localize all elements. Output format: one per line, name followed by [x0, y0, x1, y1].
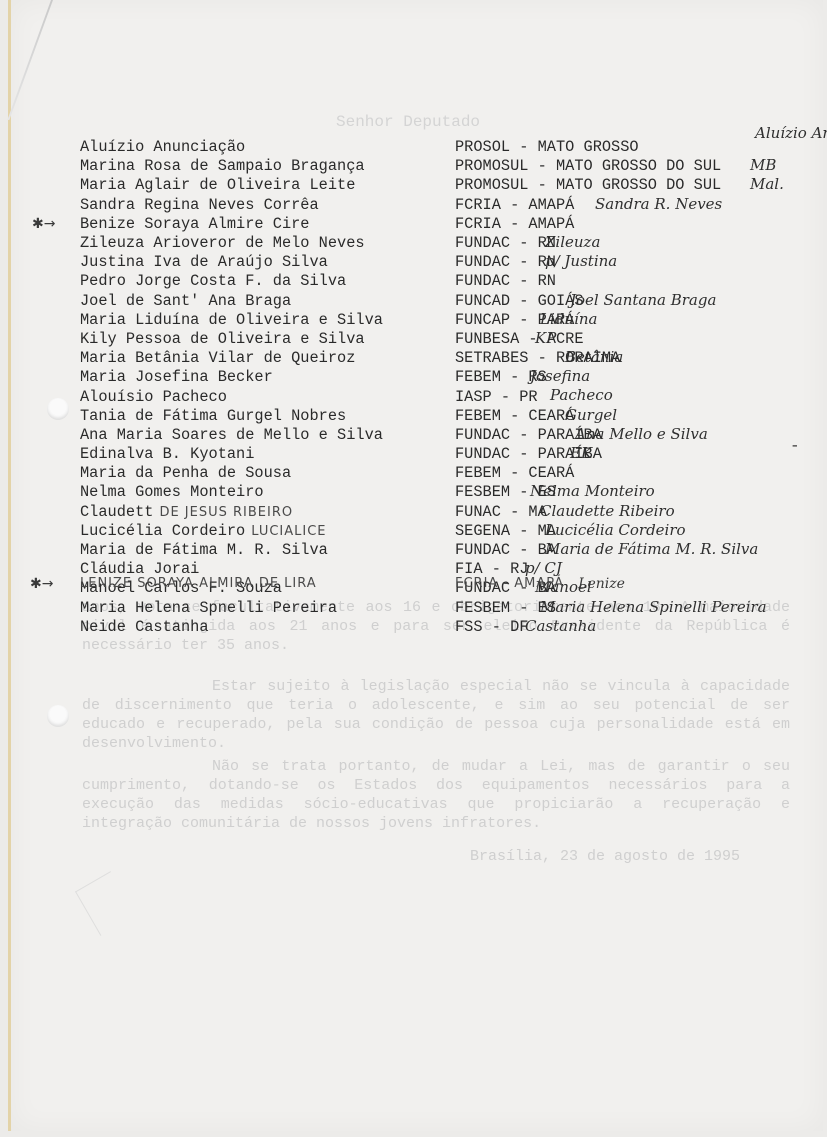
signatory-name-cell: Marina Rosa de Sampaio Bragança: [80, 157, 455, 176]
signatory-name: Alouísio Pacheco: [80, 388, 227, 406]
signatory-name-cell: Ana Maria Soares de Mello e Silva: [80, 426, 455, 445]
signatory-organization: FUNDAC - RN: [455, 272, 556, 291]
handwritten-name: LENIZE SORAYA ALMIRA DE LIRA: [80, 576, 455, 592]
signature: Castanha: [525, 617, 596, 636]
signatory-organization: FEBEM - CEARÁ: [455, 464, 574, 483]
signatory-row: Tania de Fátima Gurgel NobresFEBEM - CEA…: [80, 407, 800, 426]
signatory-name-cell: Benize Soraya Almire Cire: [80, 215, 455, 234]
signatory-name: Maria Josefina Becker: [80, 368, 273, 386]
signatory-name: Benize Soraya Almire Cire: [80, 215, 310, 233]
signatory-name: Edinalva B. Kyotani: [80, 445, 254, 463]
signature: Sandra R. Neves: [595, 195, 722, 214]
signatory-name: Kily Pessoa de Oliveira e Silva: [80, 330, 365, 348]
signatory-row: Ana Maria Soares de Mello e SilvaFUNDAC …: [80, 426, 800, 445]
signatory-row: Sandra Regina Neves CorrêaFCRIA - AMAPÁS…: [80, 196, 800, 215]
signatory-row: Maria Liduína de Oliveira e SilvaFUNCAP …: [80, 311, 800, 330]
signatory-list: Aluízio AnunciaçãoPROSOL - MATO GROSSOAl…: [80, 138, 800, 637]
signatory-name: Claudett: [80, 503, 153, 521]
signatory-row: Kily Pessoa de Oliveira e SilvaFUNBESA -…: [80, 330, 800, 349]
signature: Gurgel: [565, 406, 617, 425]
signatory-name-cell: Neide Castanha: [80, 618, 455, 637]
bleed-through-salutation: Senhor Deputado: [336, 113, 480, 132]
signatory-name-cell: Edinalva B. Kyotani: [80, 445, 455, 464]
signature: MB: [750, 156, 776, 175]
pen-mark: -: [790, 437, 800, 455]
signatory-row: Maria de Fátima M. R. SilvaFUNDAC - BAMa…: [80, 541, 800, 560]
signatory-name-cell: Lucicélia CordeiroLUCIALICE: [80, 522, 455, 541]
signature: Joel Santana Braga: [570, 291, 716, 310]
signatory-row: ClaudettDE JESUS RIBEIROFUNAC - MAClaude…: [80, 503, 800, 522]
signatory-organization: FUNAC - MA: [455, 503, 547, 522]
signatory-row: Joel de Sant' Ana BragaFUNCAD - GOIÁSJoe…: [80, 292, 800, 311]
signatory-name: Maria da Penha de Sousa: [80, 464, 291, 482]
signatory-name-cell: Kily Pessoa de Oliveira e Silva: [80, 330, 455, 349]
signature: Ana Mello e Silva: [575, 425, 708, 444]
handwritten-name-completion: DE JESUS RIBEIRO: [159, 505, 293, 520]
signatory-row: ✱→Benize Soraya Almire CireFCRIA - AMAPÁ: [80, 215, 800, 234]
signatory-name: Justina Iva de Araújo Silva: [80, 253, 328, 271]
punch-hole: [47, 398, 69, 420]
signatory-name: Aluízio Anunciação: [80, 138, 245, 156]
signature: Maria Helena Spinelli Pereira: [540, 598, 767, 617]
signatory-name-cell: Maria da Penha de Sousa: [80, 464, 455, 483]
signatory-name: Maria Helena Spnelli Pereira: [80, 599, 337, 617]
signatory-name-cell: Nelma Gomes Monteiro: [80, 483, 455, 502]
signature: EK: [570, 444, 592, 463]
signatory-organization: PROSOL - MATO GROSSO: [455, 138, 639, 157]
signatory-organization: IASP - PR: [455, 388, 538, 407]
signature: Nelma Monteiro: [530, 482, 655, 501]
signature: Josefina: [530, 367, 590, 386]
signatory-name-cell: ClaudettDE JESUS RIBEIRO: [80, 503, 455, 522]
signature: Mal.: [750, 175, 784, 194]
signature: KP: [535, 329, 556, 348]
handwritten-org: FCRIA - AMAPÁ: [455, 576, 564, 592]
signatory-name-cell: Joel de Sant' Ana Braga: [80, 292, 455, 311]
signatory-organization: FUNDAC - RN: [455, 234, 556, 253]
signatory-organization: PROMOSUL - MATO GROSSO DO SUL: [455, 157, 721, 176]
signatory-name-cell: Zileuza Arioveror de Melo Neves: [80, 234, 455, 253]
signatory-organization: FUNCAD - GOIÁS: [455, 292, 584, 311]
signatory-name-cell: Alouísio Pacheco: [80, 388, 455, 407]
signatory-name-cell: Maria Liduína de Oliveira e Silva: [80, 311, 455, 330]
signature: Zileuza: [545, 233, 600, 252]
signature: Betânia: [565, 348, 623, 367]
signatory-name: Ana Maria Soares de Mello e Silva: [80, 426, 383, 444]
signatory-name-cell: Maria de Fátima M. R. Silva: [80, 541, 455, 560]
signatory-organization: FUNBESA - ACRE: [455, 330, 584, 349]
signatory-organization: SEGENA - MA: [455, 522, 556, 541]
signatory-organization: FEBEM - CEARÁ: [455, 407, 574, 426]
handwritten-name-completion: LUCIALICE: [251, 524, 326, 539]
bleed-through-paragraph: Estar sujeito à legislação especial não …: [82, 677, 790, 753]
signature: Lucicélia Cordeiro: [545, 521, 686, 540]
handwritten-addition-row: ✱→ LENIZE SORAYA ALMIRA DE LIRA FCRIA - …: [80, 576, 800, 592]
signatory-row: Alouísio PachecoIASP - PRPacheco: [80, 387, 800, 406]
signatory-row: Maria Betânia Vilar de QueirozSETRABES -…: [80, 349, 800, 368]
page-fold: [7, 0, 53, 120]
signature: p/ Justina: [545, 252, 617, 271]
signatory-row: Aluízio AnunciaçãoPROSOL - MATO GROSSOAl…: [80, 138, 800, 157]
signatory-organization: FUNDAC - RN: [455, 253, 556, 272]
signature: Lenize: [578, 576, 625, 592]
signature: Maria de Fátima M. R. Silva: [545, 540, 758, 559]
signature: Aluízio Anunciação: [755, 124, 827, 143]
signatory-name-cell: Maria Helena Spnelli Pereira: [80, 599, 455, 618]
signatory-row: Maria Josefina BeckerFEBEM - RSJosefina: [80, 368, 800, 387]
signatory-name-cell: Aluízio Anunciação: [80, 138, 455, 157]
signatory-name: Zileuza Arioveror de Melo Neves: [80, 234, 365, 252]
signatory-name: Marina Rosa de Sampaio Bragança: [80, 157, 365, 175]
signatory-name-cell: Tania de Fátima Gurgel Nobres: [80, 407, 455, 426]
signatory-organization: FCRIA - AMAPÁ: [455, 215, 574, 234]
signatory-name-cell: Pedro Jorge Costa F. da Silva: [80, 272, 455, 291]
signatory-name: Tania de Fátima Gurgel Nobres: [80, 407, 346, 425]
signatory-name: Lucicélia Cordeiro: [80, 522, 245, 540]
signatory-organization: PROMOSUL - MATO GROSSO DO SUL: [455, 176, 721, 195]
bleed-through-paragraph: Não se trata portanto, de mudar a Lei, m…: [82, 757, 790, 833]
signature: Claudette Ribeiro: [540, 502, 675, 521]
signatory-organization: FUNDAC - BA: [455, 541, 556, 560]
signatory-row: Justina Iva de Araújo SilvaFUNDAC - RNp/…: [80, 253, 800, 272]
signatory-name-cell: Maria Betânia Vilar de Queiroz: [80, 349, 455, 368]
signatory-name-cell: Maria Aglair de Oliveira Leite: [80, 176, 455, 195]
signatory-row: Pedro Jorge Costa F. da SilvaFUNDAC - RN: [80, 272, 800, 291]
signatory-row: Lucicélia CordeiroLUCIALICESEGENA - MALu…: [80, 522, 800, 541]
signatory-row: Marina Rosa de Sampaio BragançaPROMOSUL …: [80, 157, 800, 176]
signatory-name-cell: Justina Iva de Araújo Silva: [80, 253, 455, 272]
asterisk-arrow-icon: ✱→: [30, 576, 53, 592]
signature: Liduína: [540, 310, 597, 329]
signatory-name: Nelma Gomes Monteiro: [80, 483, 264, 501]
signatory-row: Edinalva B. KyotaniFUNDAC - PARAÍBAEK: [80, 445, 800, 464]
signatory-organization: FCRIA - AMAPÁ: [455, 196, 574, 215]
signatory-row: Maria Helena Spnelli PereiraFESBEM - ESM…: [80, 599, 800, 618]
signatory-name: Pedro Jorge Costa F. da Silva: [80, 272, 346, 290]
signatory-row: Neide CastanhaFSS - DFCastanha: [80, 618, 800, 637]
signatory-organization: FSS - DF: [455, 618, 528, 637]
signatory-row: Maria da Penha de SousaFEBEM - CEARÁ: [80, 464, 800, 483]
signatory-name: Joel de Sant' Ana Braga: [80, 292, 291, 310]
signatory-name-cell: Maria Josefina Becker: [80, 368, 455, 387]
punch-hole: [47, 705, 69, 727]
signatory-name: Maria Betânia Vilar de Queiroz: [80, 349, 355, 367]
signatory-name-cell: Sandra Regina Neves Corrêa: [80, 196, 455, 215]
signatory-name: Sandra Regina Neves Corrêa: [80, 196, 319, 214]
bleed-through-date: Brasília, 23 de agosto de 1995: [470, 847, 740, 866]
signatory-name: Maria de Fátima M. R. Silva: [80, 541, 328, 559]
signatory-name: Neide Castanha: [80, 618, 209, 636]
signatory-row: Maria Aglair de Oliveira LeitePROMOSUL -…: [80, 176, 800, 195]
signatory-row: Nelma Gomes MonteiroFESBEM - ESNelma Mon…: [80, 483, 800, 502]
signatory-name: Maria Liduína de Oliveira e Silva: [80, 311, 383, 329]
signatory-row: Zileuza Arioveror de Melo NevesFUNDAC - …: [80, 234, 800, 253]
signature: Pacheco: [550, 386, 613, 405]
signatory-name: Maria Aglair de Oliveira Leite: [80, 176, 355, 194]
asterisk-arrow-icon: ✱→: [32, 215, 55, 234]
